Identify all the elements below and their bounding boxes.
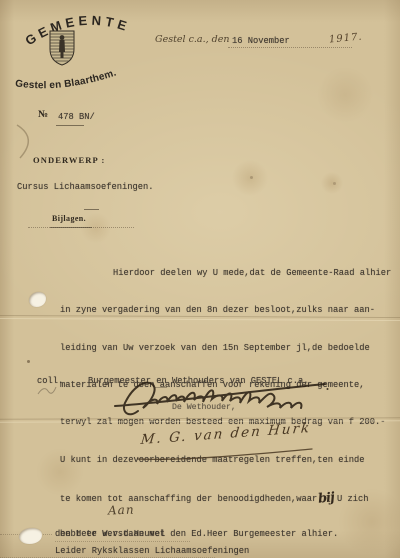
signature-underline-flourish [136, 448, 316, 462]
attachments-rule-solid [50, 226, 92, 228]
dateline-year: 1917. [329, 32, 363, 46]
reference-underline [56, 124, 84, 126]
attachments-label: Bijlagen. [52, 214, 86, 223]
recipient-rule [55, 540, 190, 542]
body-line: leiding van Uw verzoek van den 15n Septe… [60, 340, 396, 357]
subject-value: Cursus Lichaamsoefeningen. [17, 182, 154, 192]
reference-no-symbol: № [38, 109, 48, 120]
pencil-check-mark [36, 383, 58, 397]
recipient-name: den Heer W.v.d.Heuvel [55, 529, 165, 539]
recipient-role: Leider Ryksklassen Lichaamsoefeningen [55, 546, 249, 556]
attachments-rule-top [84, 208, 99, 210]
signature-title: De Wethouder, [172, 403, 236, 412]
body-line: Hierdoor deelen wy U mede,dat de Gemeent… [60, 265, 396, 282]
ink-speck [333, 182, 336, 185]
recipient-salutation: Aan [108, 503, 135, 518]
reference-number: 478 BN/ [58, 112, 95, 122]
ink-speck [250, 176, 253, 179]
letterhead-place: Gestel en Blaarthem. [15, 67, 118, 91]
letterhead-municipality: GEMEENTE [23, 13, 133, 49]
dateline-rule [228, 46, 352, 48]
ink-speck [27, 360, 30, 363]
handwritten-insert: bij [318, 489, 335, 508]
body-line-text: te komen tot aanschaffing der benoodigdh… [60, 494, 317, 504]
dateline-date: 16 November [232, 36, 290, 46]
corner-crease [14, 124, 44, 160]
dateline-place: Gestel c.a., den [155, 34, 229, 45]
coat-of-arms-icon [50, 31, 74, 65]
punch-hole [29, 292, 46, 307]
punch-hole [19, 528, 42, 544]
body-line-text: U zich [337, 494, 369, 504]
alderman-signature-scrawl [112, 377, 332, 419]
letter-document: GEMEENTE Gestel en Blaarthem. Gestel c.a… [0, 0, 400, 558]
letterhead: GEMEENTE Gestel en Blaarthem. [5, 6, 160, 101]
